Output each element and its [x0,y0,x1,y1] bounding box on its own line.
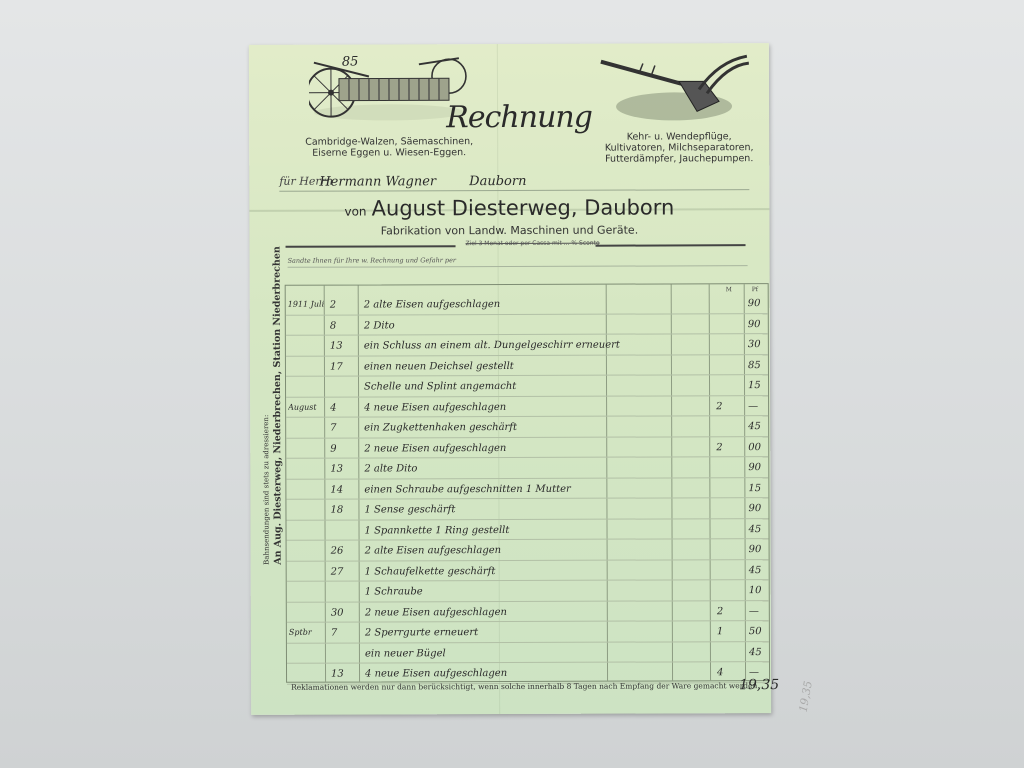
row-pf: 30 [748,339,768,350]
row-mark: 1 [717,626,739,637]
row-month: 1911 Juli [288,300,324,309]
row-pf: 90 [748,462,768,473]
row-description: 2 neue Eisen aufgeschlagen [364,442,654,454]
row-month: Sptbr [289,628,325,637]
row-day: 17 [330,361,356,372]
row-pf: 00 [748,442,768,453]
row-day: 14 [330,484,356,495]
row-description: 1 Schaufelkette geschärft [365,565,655,577]
row-description: Schelle und Splint angemacht [364,380,654,392]
sender-name: August Diesterweg, Dauborn [372,195,675,220]
row-pf: 90 [748,503,768,514]
row-pf: 90 [749,544,769,555]
row-description: einen Schraube aufgeschnitten 1 Mutter [364,483,654,495]
row-description: ein Zugkettenhaken geschärft [364,421,654,433]
right-caption: Kehr- u. Wendepflüge, Kultivatoren, Milc… [579,131,779,165]
side-address: Bahnsendungen sind stets zu adressieren:… [262,246,284,565]
sender-von: von [344,204,366,218]
row-description: ein neuer Bügel [365,647,655,659]
row-description: 2 alte Eisen aufgeschlagen [364,298,654,310]
caption-line: Cambridge-Walzen, Säemaschinen, [289,136,489,148]
row-description: 1 Spannkette 1 Ring gestellt [365,524,655,536]
row-description: ein Schluss an einem alt. Dungelgeschirr… [364,339,654,351]
row-description: 2 alte Eisen aufgeschlagen [365,544,655,556]
row-description: einen neuen Deichsel gestellt [364,360,654,372]
row-day: 8 [330,320,356,331]
row-day: 30 [331,607,357,618]
row-pf: 90 [748,298,768,309]
row-pf: 45 [749,524,769,535]
row-description: 4 neue Eisen aufgeschlagen [364,401,654,413]
caption-line: Kultivatoren, Milchseparatoren, [579,142,779,154]
row-pf: 90 [748,319,768,330]
row-pf: 45 [748,421,768,432]
invoice-title: Rechnung [439,100,599,136]
row-day: 27 [331,566,357,577]
sender-heading: von August Diesterweg, Dauborn [249,195,769,221]
invoice-total: 19,35 [739,677,779,693]
row-pf: 45 [749,647,769,658]
invoice-sheet: 85 Cambridge-Walzen, Säemaschinen, Eiser… [249,43,771,715]
row-mark: 2 [716,442,738,453]
row-pf: 15 [748,483,768,494]
row-pf: — [748,401,768,412]
row-day: 7 [330,423,356,434]
recipient-name: Hermann Wagner Dauborn [319,174,526,190]
payment-terms: Ziel 3 Monat oder per Cassa mit ... % Sc… [286,240,746,250]
row-pf: 10 [749,585,769,596]
caption-line: Futterdämpfer, Jauchepumpen. [579,153,779,165]
row-description: 2 alte Dito [364,462,654,474]
row-pf: 85 [748,360,768,371]
caption-line: Eiserne Eggen u. Wiesen-Eggen. [289,147,489,159]
caption-line: Kehr- u. Wendepflüge, [579,131,779,143]
left-caption: Cambridge-Walzen, Säemaschinen, Eiserne … [289,136,489,159]
row-pf: 50 [749,626,769,637]
sender-subtitle: Fabrikation von Landw. Maschinen und Ger… [249,223,769,238]
row-day: 9 [330,443,356,454]
row-description: 2 Dito [364,319,654,331]
plough-icon [599,51,749,124]
recipient-name-text: Hermann Wagner [319,174,436,189]
row-mark: 4 [717,667,739,678]
row-description: 2 Sperrgurte erneuert [365,626,655,638]
rule [286,245,456,247]
row-mark: 2 [716,401,738,412]
invoice-table: M Pf 1911 Juli22 alte Eisen aufgeschlage… [285,283,770,683]
pf-header: Pf [752,286,758,293]
row-day: 4 [330,402,356,413]
row-day: 13 [330,464,356,475]
row-description: 1 Schraube [365,585,655,597]
row-day: 2 [330,300,356,311]
row-day: 13 [331,669,357,680]
side-address-small: Bahnsendungen sind stets zu adressieren: [262,246,271,565]
footer-note: Reklamationen werden nur dann berücksich… [291,681,760,692]
row-day: 13 [330,341,356,352]
row-description: 4 neue Eisen aufgeschlagen [365,667,655,679]
row-pf: — [749,606,769,617]
row-day: 26 [331,546,357,557]
terms-text: Ziel 3 Monat oder per Cassa mit ... % Sc… [466,240,600,247]
row-description: 2 neue Eisen aufgeschlagen [365,606,655,618]
row-day: 7 [331,628,357,639]
row-month: August [288,402,324,411]
row-mark: 2 [717,606,739,617]
row-description: 1 Sense geschärft [364,503,654,515]
row-pf: 15 [748,380,768,391]
recipient-place: Dauborn [469,174,526,189]
row-day: 18 [330,505,356,516]
rule [596,244,746,246]
row-pf: 45 [749,565,769,576]
mark-header: M [726,286,732,293]
sent-line: Sandte Ihnen für Ihre w. Rechnung und Ge… [288,255,748,268]
side-address-big: An Aug. Diesterweg, Niederbrechen, Stati… [272,246,284,565]
